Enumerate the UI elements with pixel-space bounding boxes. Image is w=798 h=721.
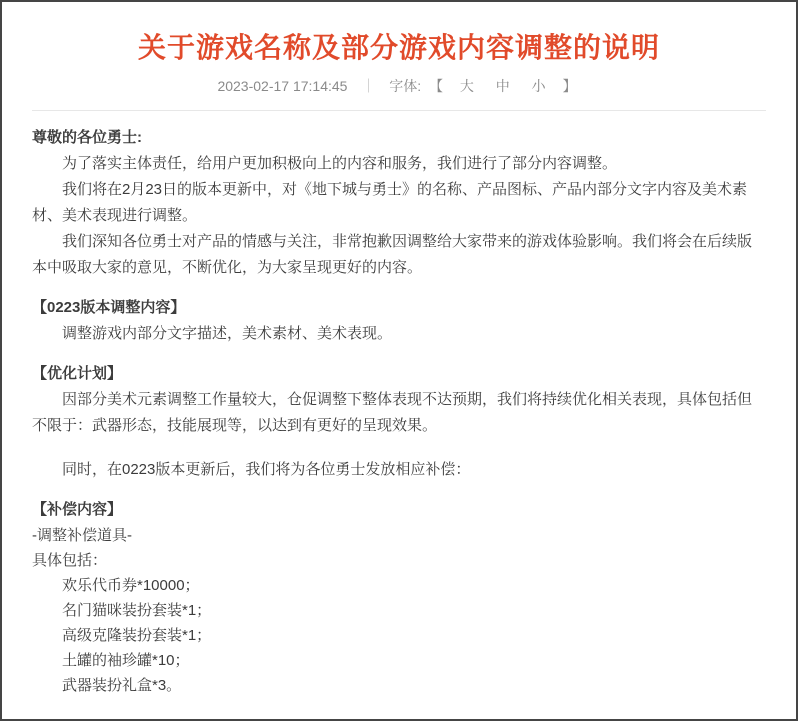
announcement-body: 尊敬的各位勇士: 为了落实主体责任，给用户更加积极向上的内容和服务，我们进行了部… xyxy=(32,125,766,698)
section-body-version-adjustment: 调整游戏内部分文字描述，美术素材、美术表现。 xyxy=(32,321,766,347)
compensation-list: 欢乐代币券*10000； 名门猫咪装扮套装*1； 高级克隆装扮套装*1； 土罐的… xyxy=(32,573,766,698)
font-size-small-button[interactable]: 小 xyxy=(532,78,546,94)
compensation-item-clone-outfit: 高级克隆装扮套装*1； xyxy=(32,623,766,648)
salutation: 尊敬的各位勇士: xyxy=(32,125,766,151)
font-size-bracket-close: 】 xyxy=(563,78,577,94)
font-size-medium-button[interactable]: 中 xyxy=(496,78,510,94)
paragraph-apology: 我们深知各位勇士对产品的情感与关注，非常抱歉因调整给大家带来的游戏体验影响。我们… xyxy=(32,229,766,281)
section-heading-optimization-plan: 【优化计划】 xyxy=(32,361,766,387)
compensation-subheading: -调整补偿道具- xyxy=(32,523,766,548)
font-size-bracket-open: 【 xyxy=(429,78,443,94)
font-size-large-button[interactable]: 大 xyxy=(460,78,474,94)
meta-separator-bar: ｜ xyxy=(361,78,375,94)
meta-bar: 2023-02-17 17:14:45 ｜ 字体: 【 大 中 小 】 xyxy=(32,76,766,96)
announcement-header: 关于游戏名称及部分游戏内容调整的说明 2023-02-17 17:14:45 ｜… xyxy=(32,30,766,111)
publish-datetime: 2023-02-17 17:14:45 xyxy=(217,78,347,94)
compensation-item-pocket-jar: 土罐的袖珍罐*10； xyxy=(32,648,766,673)
compensation-item-cat-outfit: 名门猫咪装扮套装*1； xyxy=(32,598,766,623)
font-size-label: 字体: xyxy=(389,78,421,94)
compensation-item-token-coupon: 欢乐代币券*10000； xyxy=(32,573,766,598)
compensation-item-weapon-giftbox: 武器装扮礼盒*3。 xyxy=(32,673,766,698)
paragraph-responsibility: 为了落实主体责任，给用户更加积极向上的内容和服务，我们进行了部分内容调整。 xyxy=(32,151,766,177)
page-title: 关于游戏名称及部分游戏内容调整的说明 xyxy=(42,30,756,66)
announcement-page: 关于游戏名称及部分游戏内容调整的说明 2023-02-17 17:14:45 ｜… xyxy=(0,0,798,721)
section-heading-compensation: 【补偿内容】 xyxy=(32,497,766,523)
compensation-intro: 同时，在0223版本更新后，我们将为各位勇士发放相应补偿： xyxy=(32,457,766,483)
compensation-list-intro: 具体包括： xyxy=(32,548,766,573)
header-divider xyxy=(32,110,766,111)
paragraph-update-notice: 我们将在2月23日的版本更新中，对《地下城与勇士》的名称、产品图标、产品内部分文… xyxy=(32,177,766,229)
section-heading-version-adjustment: 【0223版本调整内容】 xyxy=(32,295,766,321)
section-body-optimization-plan: 因部分美术元素调整工作量较大，仓促调整下整体表现不达预期，我们将持续优化相关表现… xyxy=(32,387,766,439)
